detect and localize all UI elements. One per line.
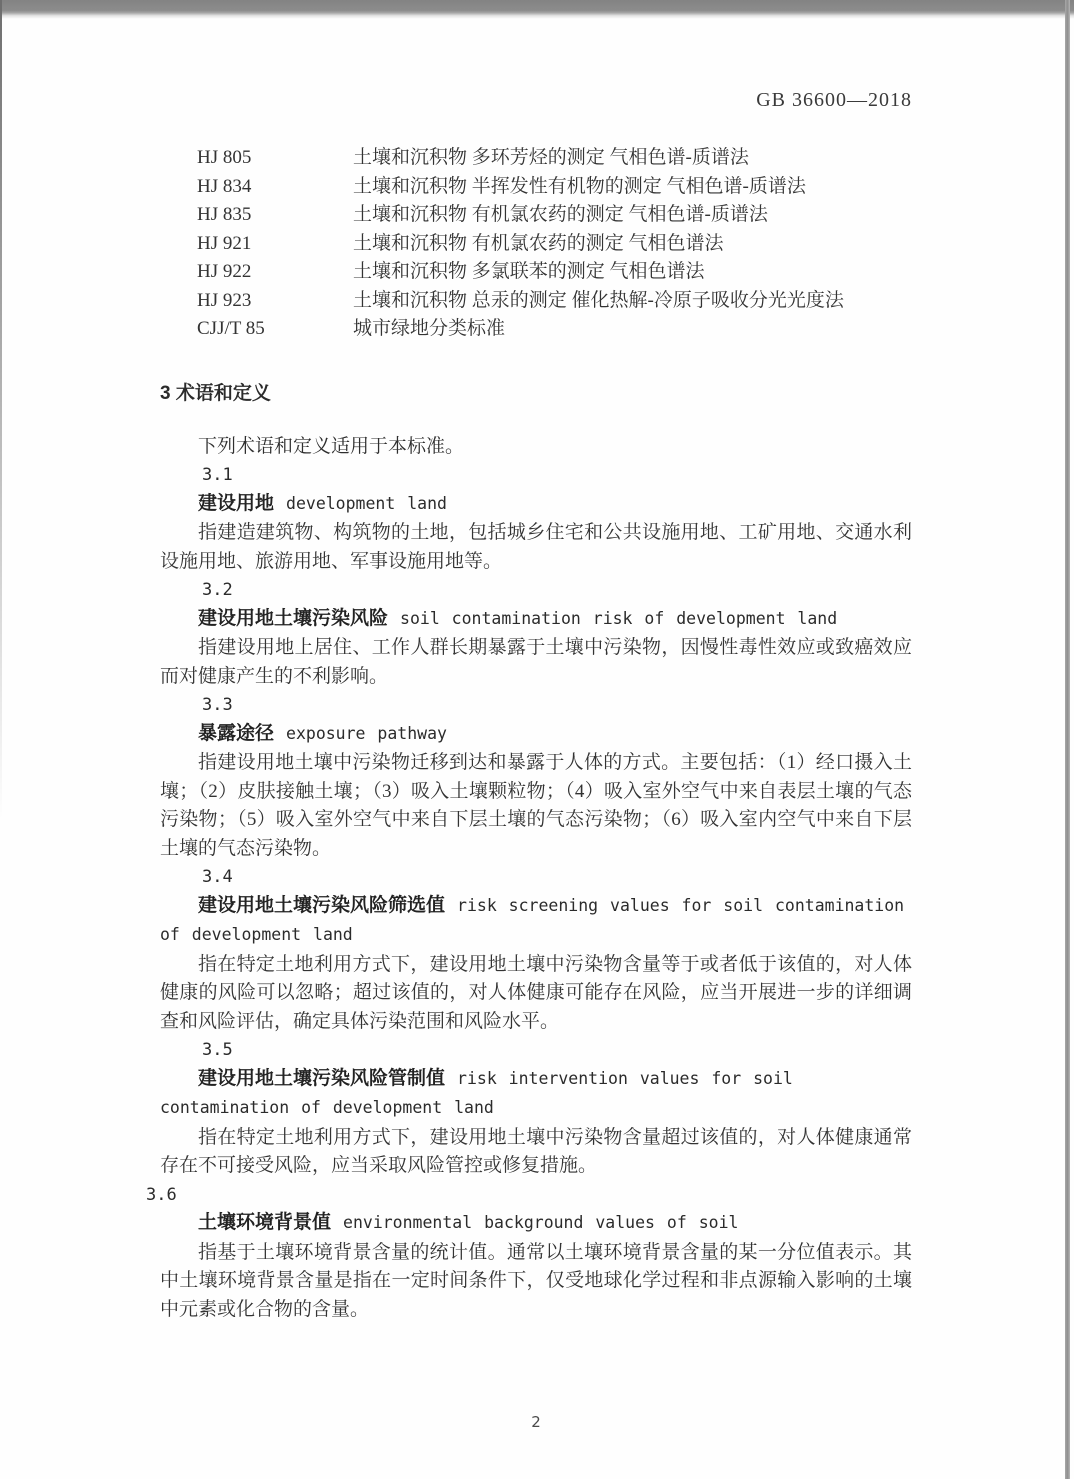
term-heading: 建设用地development land: [160, 490, 912, 520]
term-heading: 土壤环境背景值environmental background values o…: [160, 1209, 912, 1239]
term-block: 3.4 建设用地土壤污染风险筛选值risk screening values f…: [160, 863, 912, 1036]
reference-item: HJ 834 土壤和沉积物 半挥发性有机物的测定 气相色谱-质谱法: [160, 173, 912, 202]
page-number: 2: [160, 1413, 912, 1431]
reference-item: HJ 923 土壤和沉积物 总汞的测定 催化热解-冷原子吸收分光光度法: [160, 287, 912, 316]
reference-title: 土壤和沉积物 总汞的测定 催化热解-冷原子吸收分光光度法: [353, 287, 912, 316]
scan-left-edge: [0, 0, 2, 820]
reference-item: HJ 922 土壤和沉积物 多氯联苯的测定 气相色谱法: [160, 258, 912, 287]
term-heading: 建设用地土壤污染风险筛选值risk screening values for s…: [160, 892, 912, 951]
reference-code: HJ 834: [197, 173, 353, 202]
term-name-en: soil contamination risk of development l…: [400, 609, 837, 628]
reference-code: HJ 922: [197, 258, 353, 287]
term-number: 3.4: [202, 863, 912, 892]
reference-code: HJ 921: [197, 230, 353, 259]
term-name-zh: 建设用地土壤污染风险筛选值: [198, 895, 445, 916]
term-number: 3.5: [202, 1036, 912, 1065]
reference-item: HJ 921 土壤和沉积物 有机氯农药的测定 气相色谱法: [160, 230, 912, 259]
term-name-zh: 建设用地土壤污染风险管制值: [198, 1068, 445, 1089]
term-name-zh: 建设用地土壤污染风险: [198, 608, 388, 629]
reference-item: HJ 835 土壤和沉积物 有机氯农药的测定 气相色谱-质谱法: [160, 201, 912, 230]
term-name-en: exposure pathway: [286, 724, 447, 743]
term-number: 3.6: [146, 1181, 912, 1210]
term-definition: 指建设用地上居住、工作人群长期暴露于土壤中污染物，因慢性毒性效应或致癌效应而对健…: [160, 634, 912, 691]
term-name-en: environmental background values of soil: [343, 1213, 738, 1232]
page-content: GB 36600—2018 HJ 805 土壤和沉积物 多环芳烃的测定 气相色谱…: [160, 0, 912, 1324]
reference-code: HJ 805: [197, 144, 353, 173]
term-definition: 指建设用地土壤中污染物迁移到达和暴露于人体的方式。主要包括：（1）经口摄入土壤；…: [160, 749, 912, 863]
section-intro: 下列术语和定义适用于本标准。: [160, 433, 912, 462]
reference-code: HJ 923: [197, 287, 353, 316]
reference-code: HJ 835: [197, 201, 353, 230]
term-name-en: development land: [286, 494, 447, 513]
term-block: 3.1 建设用地development land 指建造建筑物、构筑物的土地，包…: [160, 461, 912, 576]
scanned-document-page: GB 36600—2018 HJ 805 土壤和沉积物 多环芳烃的测定 气相色谱…: [0, 0, 1074, 1479]
reference-title: 土壤和沉积物 半挥发性有机物的测定 气相色谱-质谱法: [353, 173, 912, 202]
reference-title: 土壤和沉积物 有机氯农药的测定 气相色谱法: [353, 230, 912, 259]
term-definition: 指在特定土地利用方式下，建设用地土壤中污染物含量等于或者低于该值的，对人体健康的…: [160, 951, 912, 1037]
reference-item: HJ 805 土壤和沉积物 多环芳烃的测定 气相色谱-质谱法: [160, 144, 912, 173]
term-number: 3.1: [202, 461, 912, 490]
term-definition: 指建造建筑物、构筑物的土地，包括城乡住宅和公共设施用地、工矿用地、交通水利设施用…: [160, 519, 912, 576]
standard-code-header: GB 36600—2018: [160, 88, 912, 112]
reference-code: CJJ/T 85: [197, 315, 353, 344]
term-name-zh: 建设用地: [198, 493, 274, 514]
terms-list: 3.1 建设用地development land 指建造建筑物、构筑物的土地，包…: [160, 461, 912, 1324]
term-block: 3.5 建设用地土壤污染风险管制值risk intervention value…: [160, 1036, 912, 1181]
term-block: 3.3 暴露途径exposure pathway 指建设用地土壤中污染物迁移到达…: [160, 691, 912, 863]
term-name-zh: 土壤环境背景值: [198, 1212, 331, 1233]
normative-references-list: HJ 805 土壤和沉积物 多环芳烃的测定 气相色谱-质谱法 HJ 834 土壤…: [160, 144, 912, 344]
term-name-zh: 暴露途径: [198, 723, 274, 744]
term-heading: 暴露途径exposure pathway: [160, 720, 912, 750]
term-heading: 建设用地土壤污染风险soil contamination risk of dev…: [160, 605, 912, 635]
term-definition: 指基于土壤环境背景含量的统计值。通常以土壤环境背景含量的某一分位值表示。其中土壤…: [160, 1239, 912, 1325]
reference-title: 土壤和沉积物 多氯联苯的测定 气相色谱法: [353, 258, 912, 287]
scan-right-edge: [1065, 0, 1070, 1479]
term-block: 3.2 建设用地土壤污染风险soil contamination risk of…: [160, 576, 912, 691]
term-number: 3.2: [202, 576, 912, 605]
term-number: 3.3: [202, 691, 912, 720]
reference-title: 土壤和沉积物 有机氯农药的测定 气相色谱-质谱法: [353, 201, 912, 230]
section-heading: 3 术语和定义: [160, 380, 912, 408]
term-block: 3.6 土壤环境背景值environmental background valu…: [160, 1181, 912, 1325]
reference-item: CJJ/T 85 城市绿地分类标准: [160, 315, 912, 344]
reference-title: 城市绿地分类标准: [353, 315, 912, 344]
reference-title: 土壤和沉积物 多环芳烃的测定 气相色谱-质谱法: [353, 144, 912, 173]
term-heading: 建设用地土壤污染风险管制值risk intervention values fo…: [160, 1065, 912, 1124]
term-definition: 指在特定土地利用方式下，建设用地土壤中污染物含量超过该值的，对人体健康通常存在不…: [160, 1124, 912, 1181]
